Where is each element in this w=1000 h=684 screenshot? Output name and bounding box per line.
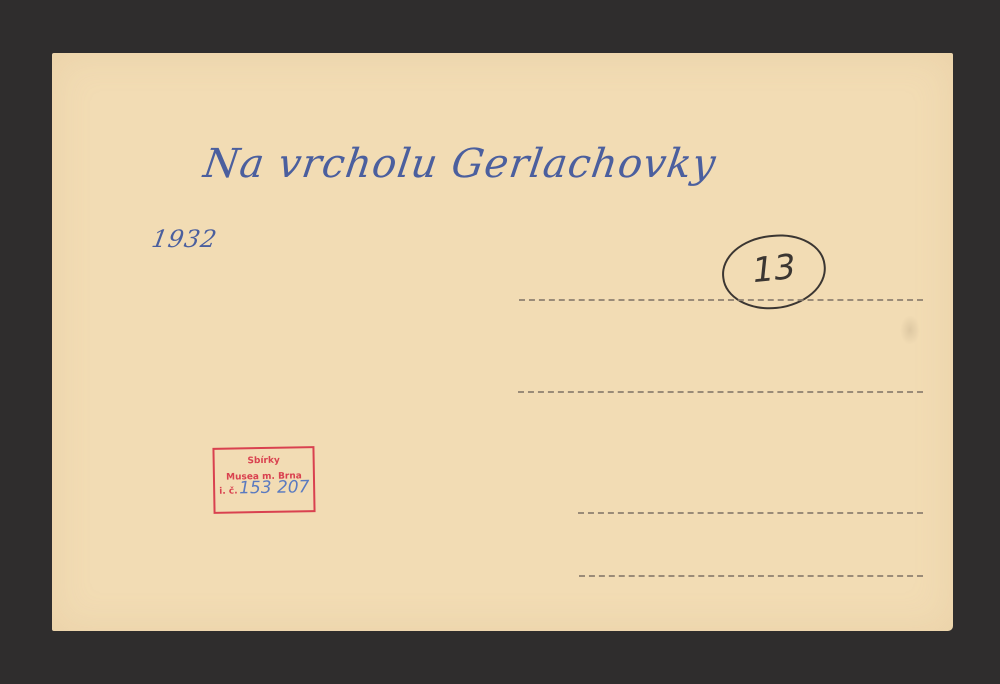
inventory-number: 153 207 <box>239 477 310 498</box>
circled-number: 13 <box>718 230 829 314</box>
address-line-1 <box>519 299 923 301</box>
address-line-4 <box>579 575 923 577</box>
pencil-number: 13 <box>722 243 826 294</box>
postcard-back: Na vrcholu Gerlachovky 1932 13 Sbírky Mu… <box>52 53 953 631</box>
address-line-3 <box>578 512 923 514</box>
address-line-2 <box>518 391 923 393</box>
handwritten-caption: Na vrcholu Gerlachovky <box>201 141 719 187</box>
stamp-inventory-prefix: i. č. <box>219 486 238 496</box>
stamp-line-3: i. č. 153 207 <box>215 485 313 497</box>
museum-stamp: Sbírky Musea m. Brna i. č. 153 207 <box>212 446 315 514</box>
handwritten-year: 1932 <box>150 225 220 253</box>
stamp-line-1: Sbírky <box>215 455 313 467</box>
stain-mark <box>900 315 920 345</box>
